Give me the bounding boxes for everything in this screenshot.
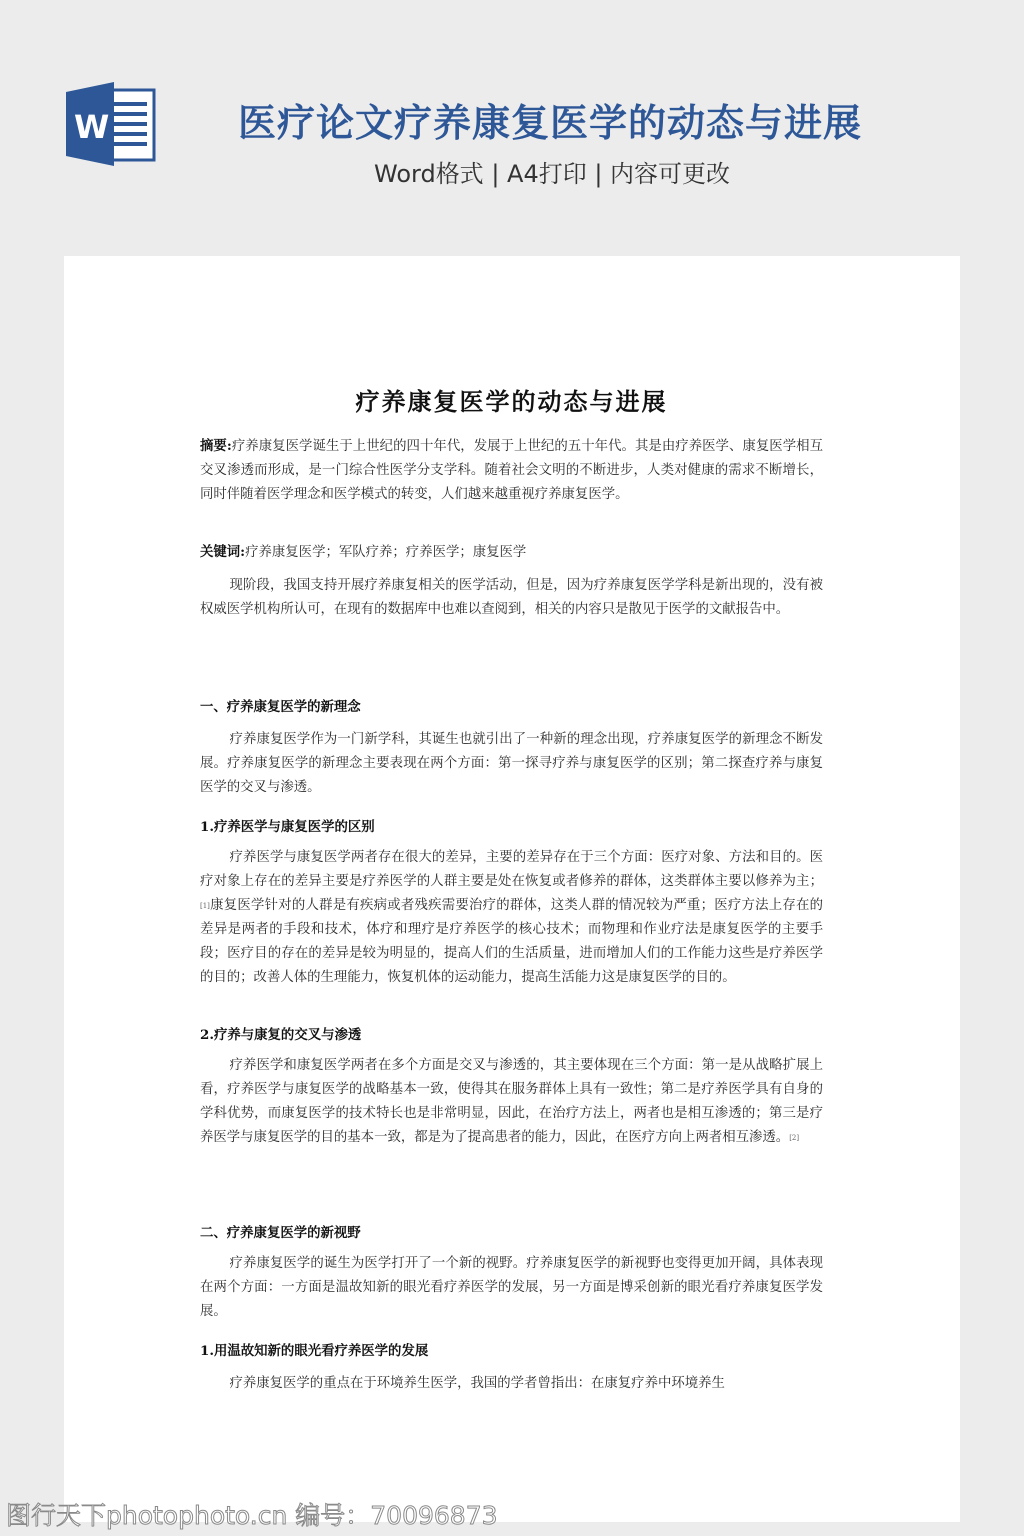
keywords-label: 关键词: (200, 544, 245, 560)
keywords-text: 疗养康复医学；军队疗养；疗养医学；康复医学 (245, 545, 526, 560)
watermark-text: 图行天下photophoto.cn 编号：70096873 (6, 1496, 498, 1532)
section-1-heading: 一、疗养康复医学的新理念 (200, 696, 361, 715)
keywords-paragraph: 关键词:疗养康复医学；军队疗养；疗养医学；康复医学 (200, 540, 823, 565)
section-1-paragraph: 疗养康复医学作为一门新学科，其诞生也就引出了一种新的理念出现，疗养康复医学的新理… (200, 728, 823, 800)
section-1-2-paragraph: 疗养医学和康复医学两者在多个方面是交叉与渗透的，其主要体现在三个方面：第一是从战… (200, 1054, 823, 1150)
section-1-1-text-a: 疗养医学与康复医学两者存在很大的差异，主要的差异存在于三个方面：医疗对象、方法和… (200, 850, 823, 889)
section-1-1-paragraph: 疗养医学与康复医学两者存在很大的差异，主要的差异存在于三个方面：医疗对象、方法和… (200, 846, 823, 990)
section-1-1-heading: 1.疗养医学与康复医学的区别 (200, 816, 375, 835)
section-2-1-paragraph: 疗养康复医学的重点在于环境养生医学，我国的学者曾指出：在康复疗养中环境养生 (200, 1372, 823, 1396)
citation-2[interactable]: [2] (789, 1134, 799, 1142)
document-page: 疗养康复医学的动态与进展 摘要:疗养康复医学诞生于上世纪的四十年代，发展于上世纪… (64, 256, 960, 1522)
banner-subtitle: Word格式 | A4打印 | 内容可更改 (374, 154, 730, 189)
document-title: 疗养康复医学的动态与进展 (200, 382, 823, 417)
banner-title: 医疗论文疗养康复医学的动态与进展 (238, 92, 862, 147)
intro-paragraph: 现阶段，我国支持开展疗养康复相关的医学活动，但是，因为疗养康复医学学科是新出现的… (200, 574, 823, 622)
abstract-label: 摘要: (200, 438, 232, 454)
citation-1[interactable]: [1] (200, 902, 210, 910)
word-document-icon: W (64, 82, 156, 166)
section-1-2-heading: 2.疗养与康复的交叉与渗透 (200, 1024, 361, 1043)
banner-header: W 医疗论文疗养康复医学的动态与进展 Word格式 | A4打印 | 内容可更改 (0, 0, 1024, 256)
section-1-1-text-b: 康复医学针对的人群是有疾病或者残疾需要治疗的群体，这类人群的情况较为严重；医疗方… (200, 898, 823, 985)
word-icon-letter: W (74, 108, 109, 146)
abstract-text: 疗养康复医学诞生于上世纪的四十年代，发展于上世纪的五十年代。其是由疗养医学、康复… (200, 439, 823, 502)
abstract-paragraph: 摘要:疗养康复医学诞生于上世纪的四十年代，发展于上世纪的五十年代。其是由疗养医学… (200, 434, 823, 507)
section-1-2-text: 疗养医学和康复医学两者在多个方面是交叉与渗透的，其主要体现在三个方面：第一是从战… (200, 1058, 823, 1145)
section-2-1-heading: 1.用温故知新的眼光看疗养医学的发展 (200, 1340, 428, 1359)
section-2-paragraph: 疗养康复医学的诞生为医学打开了一个新的视野。疗养康复医学的新视野也变得更加开阔，… (200, 1252, 823, 1324)
section-2-heading: 二、疗养康复医学的新视野 (200, 1222, 361, 1241)
